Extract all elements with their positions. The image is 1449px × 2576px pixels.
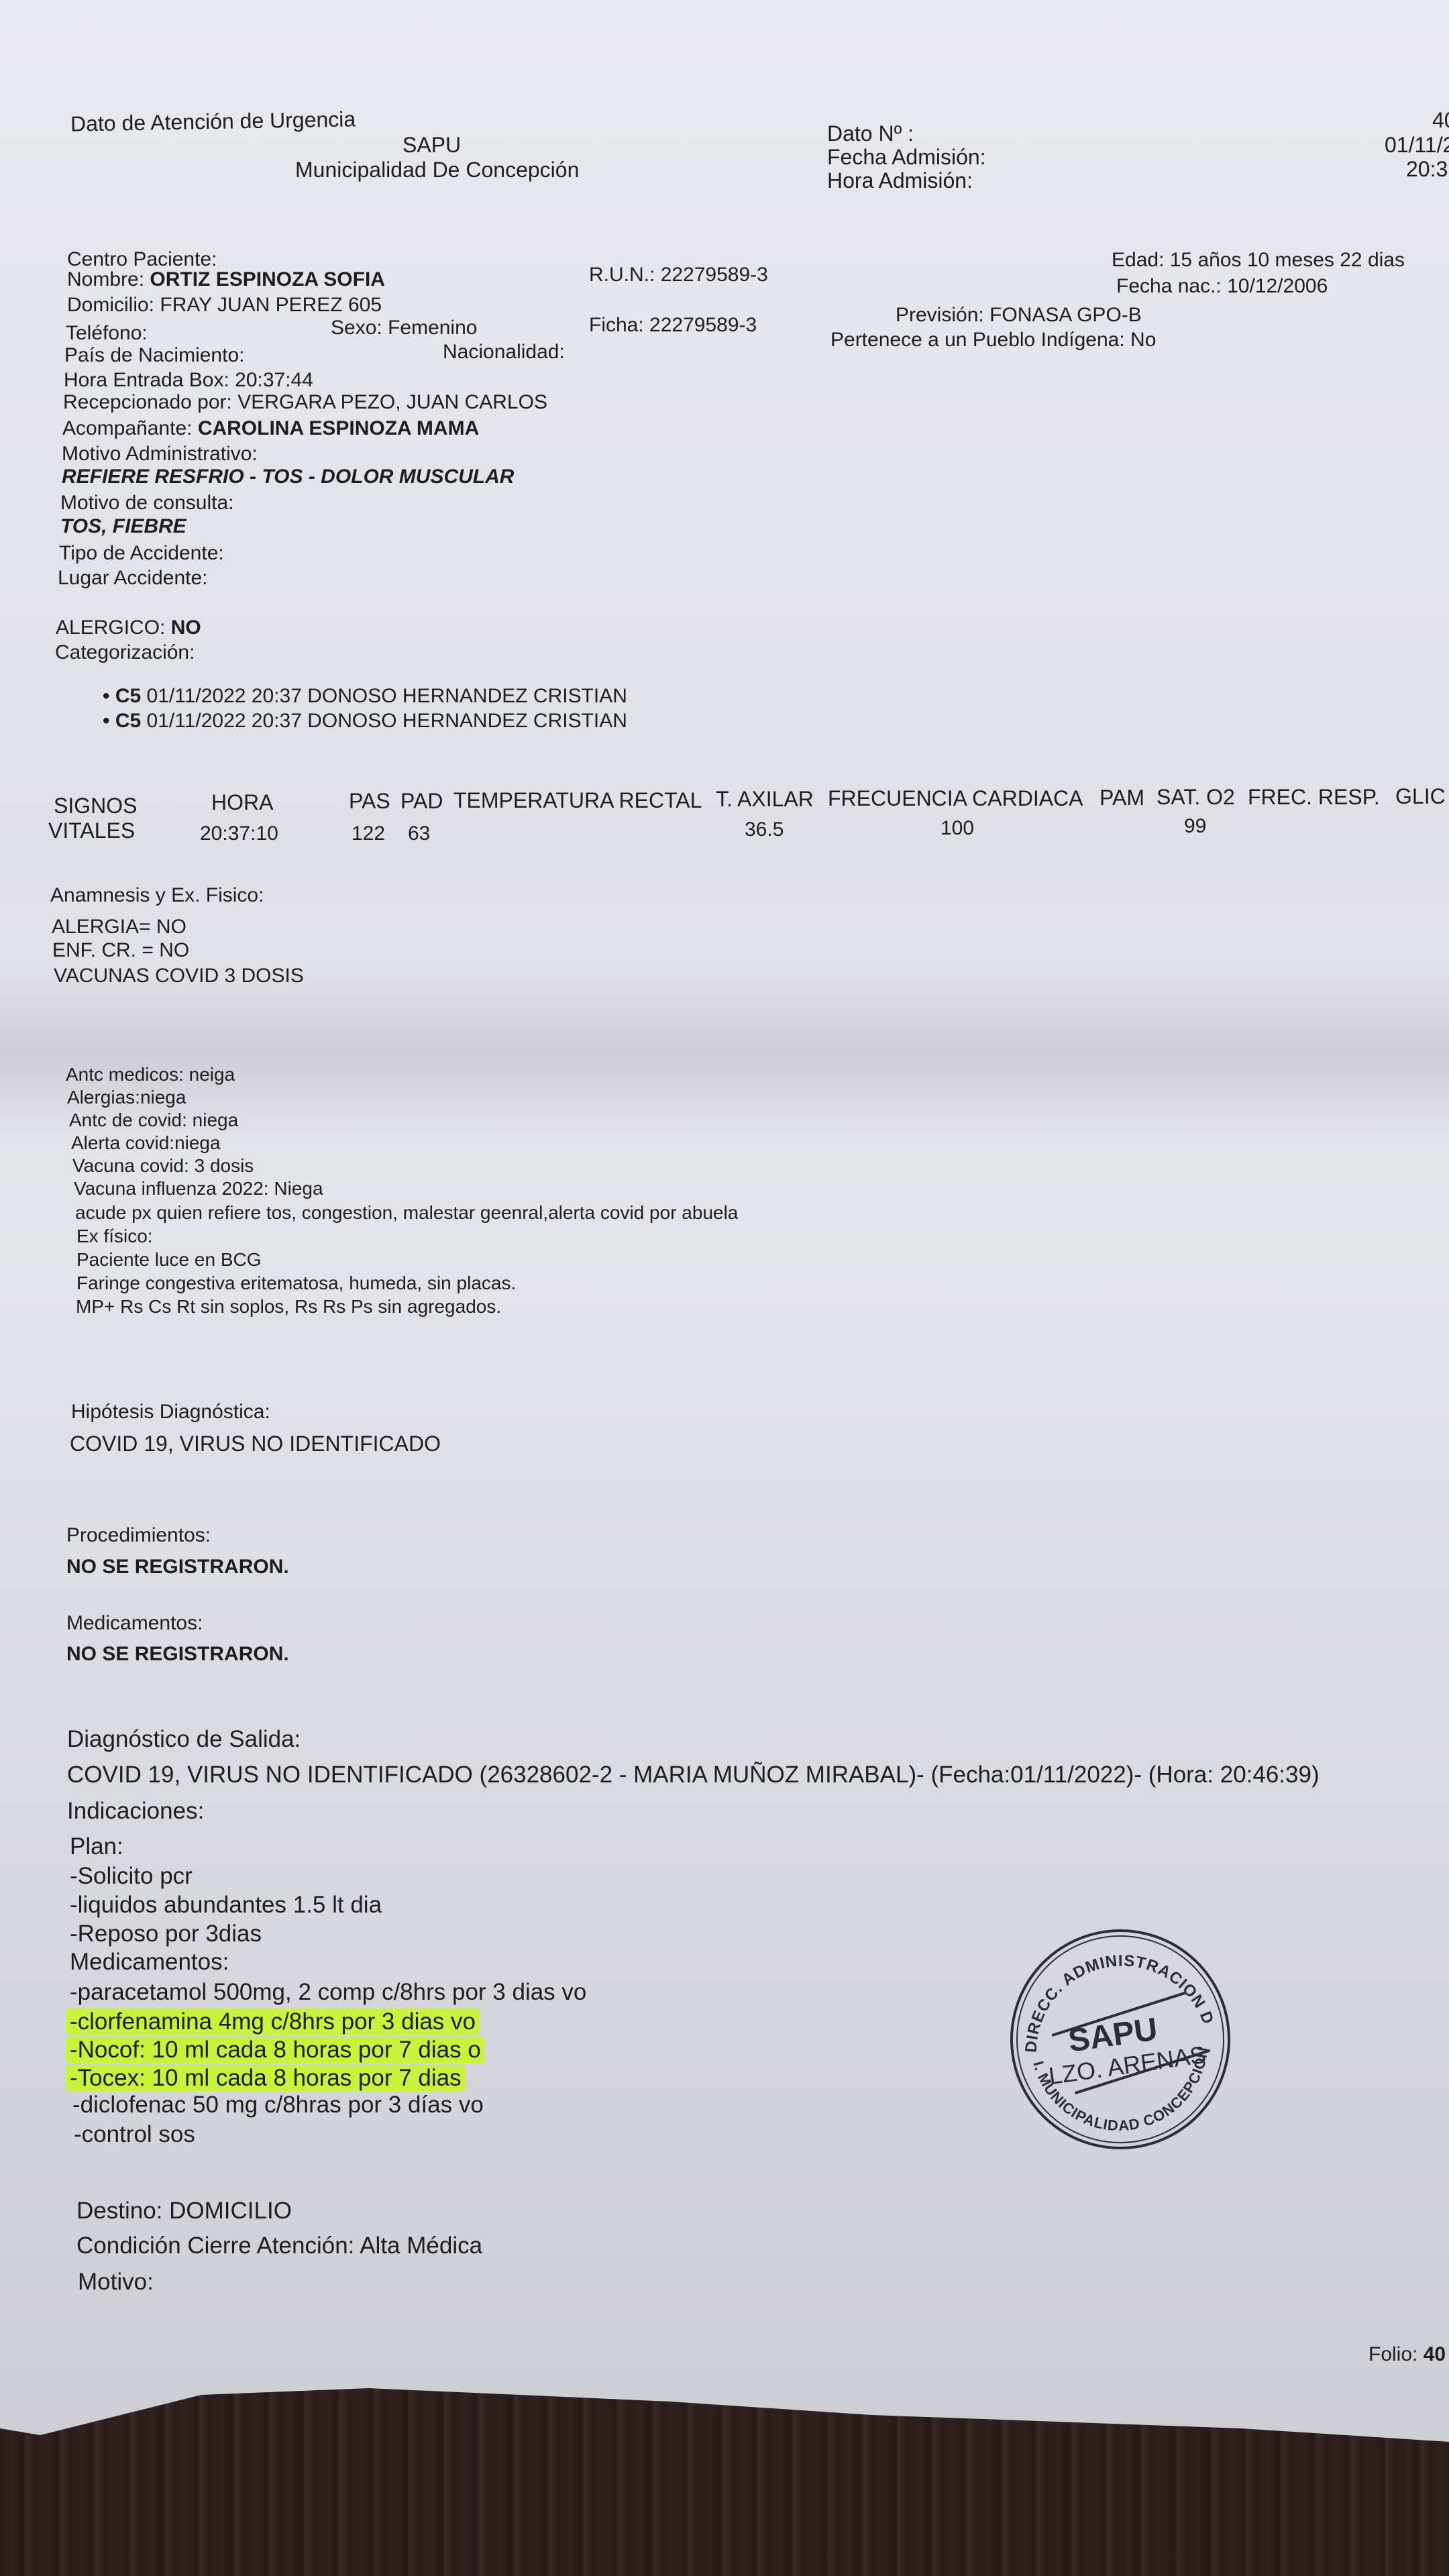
document-page: Dato de Atención de Urgencia SAPU Munici… bbox=[0, 0, 1449, 2442]
categorizacion-code: C5 bbox=[115, 685, 141, 707]
hora-box-field: Hora Entrada Box: 20:37:44 bbox=[64, 370, 313, 390]
note-line: Paciente luce en BCG bbox=[76, 1250, 262, 1269]
plan-item: -liquidos abundantes 1.5 lt dia bbox=[70, 1893, 382, 1917]
org-name: SAPU bbox=[402, 134, 461, 156]
pais-nacimiento-label: País de Nacimiento: bbox=[64, 345, 244, 366]
hipotesis-label: Hipótesis Diagnóstica: bbox=[71, 1402, 270, 1422]
categorizacion-code: C5 bbox=[115, 710, 141, 732]
medication-item-highlighted: -Nocof: 10 ml cada 8 horas por 7 dias o bbox=[66, 2037, 485, 2063]
note-line: Vacuna influenza 2022: Niega bbox=[74, 1179, 323, 1198]
motivo-admin-value: REFIERE RESFRIO - TOS - DOLOR MUSCULAR bbox=[62, 467, 514, 487]
hora-box-label: Hora Entrada Box: bbox=[64, 369, 229, 391]
acompanante-value: CAROLINA ESPINOZA MAMA bbox=[198, 417, 479, 439]
prevision-label: Previsión: bbox=[896, 304, 984, 326]
tipo-accidente-label: Tipo de Accidente: bbox=[59, 543, 224, 563]
domicilio-label: Domicilio: bbox=[67, 294, 154, 316]
domicilio-field: Domicilio: FRAY JUAN PEREZ 605 bbox=[67, 295, 382, 315]
categorizacion-text: 01/11/2022 20:37 DONOSO HERNANDEZ CRISTI… bbox=[147, 685, 627, 707]
nombre-field: Nombre: ORTIZ ESPINOZA SOFIA bbox=[67, 270, 385, 290]
nacionalidad-label: Nacionalidad: bbox=[443, 342, 565, 362]
anamnesis-line: VACUNAS COVID 3 DOSIS bbox=[54, 966, 304, 986]
vitals-pad-value: 63 bbox=[408, 824, 430, 844]
destino-field: Destino: DOMICILIO bbox=[76, 2199, 292, 2222]
condicion-value: Alta Médica bbox=[360, 2233, 482, 2259]
motivo-admin-label: Motivo Administrativo: bbox=[62, 444, 258, 464]
anamnesis-line: ENF. CR. = NO bbox=[52, 941, 189, 961]
alergico-field: ALERGICO: NO bbox=[56, 618, 201, 638]
medicamentos-plan-label: Medicamentos: bbox=[70, 1950, 229, 1974]
categorizacion-text: 01/11/2022 20:37 DONOSO HERNANDEZ CRISTI… bbox=[147, 710, 627, 732]
edad-label: Edad: bbox=[1112, 249, 1164, 271]
vitals-header: PAS bbox=[349, 790, 390, 812]
ficha-label: Ficha: bbox=[589, 314, 644, 336]
telefono-label: Teléfono: bbox=[66, 323, 148, 343]
folio-value: 40 bbox=[1424, 2343, 1446, 2365]
folio-label: Folio: bbox=[1368, 2343, 1417, 2365]
note-line: Alerta covid:niega bbox=[71, 1134, 221, 1152]
recepcionado-field: Recepcionado por: VERGARA PEZO, JUAN CAR… bbox=[63, 392, 547, 413]
alergico-label: ALERGICO: bbox=[56, 616, 165, 639]
procedimientos-label: Procedimientos: bbox=[66, 1525, 211, 1546]
official-stamp: DIRECC. ADMINISTRACION DE SALUD I. MUNIC… bbox=[1006, 1925, 1234, 2153]
note-line: Antc medicos: neiga bbox=[66, 1065, 235, 1084]
lugar-accidente-label: Lugar Accidente: bbox=[58, 568, 208, 588]
plan-item: -Solicito pcr bbox=[70, 1864, 193, 1888]
acompanante-label: Acompañante: bbox=[62, 417, 192, 439]
vitals-header: FREC. RESP. bbox=[1248, 786, 1380, 808]
ficha-value: 22279589-3 bbox=[649, 314, 757, 336]
fecha-nac-field: Fecha nac.: 10/12/2006 bbox=[1116, 276, 1328, 297]
plan-item: -Reposo por 3dias bbox=[70, 1922, 262, 1945]
run-value: 22279589-3 bbox=[661, 264, 768, 286]
fecha-nac-value: 10/12/2006 bbox=[1227, 275, 1328, 297]
dato-value: 40 bbox=[1432, 109, 1449, 131]
fecha-nac-label: Fecha nac.: bbox=[1116, 275, 1222, 297]
indicaciones-label: Indicaciones: bbox=[67, 1799, 204, 1823]
medication-item-highlighted: -Tocex: 10 ml cada 8 horas por 7 dias bbox=[66, 2065, 466, 2091]
domicilio-value: FRAY JUAN PEREZ 605 bbox=[160, 294, 382, 316]
note-line: Ex físico: bbox=[76, 1227, 153, 1246]
note-line: MP+ Rs Cs Rt sin soplos, Rs Rs Ps sin ag… bbox=[76, 1297, 501, 1316]
vitals-header: SAT. O2 bbox=[1157, 786, 1235, 808]
destino-value: DOMICILIO bbox=[169, 2198, 292, 2224]
prevision-value: FONASA GPO-B bbox=[989, 304, 1142, 326]
procedimientos-value: NO SE REGISTRARON. bbox=[66, 1557, 289, 1577]
indigena-label: Pertenece a un Pueblo Indígena: bbox=[830, 329, 1125, 351]
motivo-label: Motivo: bbox=[78, 2270, 154, 2294]
edad-field: Edad: 15 años 10 meses 22 dias bbox=[1112, 250, 1405, 270]
fecha-admision-value: 01/11/2 bbox=[1385, 134, 1449, 156]
destino-label: Destino: bbox=[76, 2198, 162, 2224]
vitals-label-1: SIGNOS bbox=[54, 795, 137, 816]
hora-box-value: 20:37:44 bbox=[235, 369, 313, 391]
hora-admision-label: Hora Admisión: bbox=[827, 170, 973, 191]
vitals-hora-value: 20:37:10 bbox=[200, 824, 278, 844]
vitals-label-2: VITALES bbox=[48, 820, 135, 841]
alergico-value: NO bbox=[171, 616, 201, 639]
nombre-label: Nombre: bbox=[67, 268, 144, 290]
stamp-seal-icon: DIRECC. ADMINISTRACION DE SALUD I. MUNIC… bbox=[1006, 1925, 1234, 2153]
diagnostico-salida-label: Diagnóstico de Salida: bbox=[67, 1727, 301, 1751]
condicion-label: Condición Cierre Atención: bbox=[76, 2233, 354, 2259]
acompanante-field: Acompañante: CAROLINA ESPINOZA MAMA bbox=[62, 419, 479, 439]
document-title: Dato de Atención de Urgencia bbox=[70, 108, 356, 134]
centro-paciente-label: Centro Paciente: bbox=[67, 250, 217, 270]
fecha-admision-label: Fecha Admisión: bbox=[827, 146, 986, 168]
folio-field: Folio: 40 bbox=[1368, 2345, 1446, 2365]
vitals-sat-o2-value: 99 bbox=[1184, 816, 1206, 837]
medicamentos-admin-label: Medicamentos: bbox=[66, 1613, 203, 1633]
org-subtitle: Municipalidad De Concepción bbox=[295, 159, 579, 180]
condicion-field: Condición Cierre Atención: Alta Médica bbox=[76, 2234, 482, 2257]
sexo-label: Sexo: bbox=[331, 317, 382, 339]
vitals-header: TEMPERATURA RECTAL bbox=[453, 790, 702, 811]
nombre-value: ORTIZ ESPINOZA SOFIA bbox=[150, 268, 385, 290]
motivo-consulta-label: Motivo de consulta: bbox=[60, 493, 233, 513]
sexo-field: Sexo: Femenino bbox=[331, 318, 477, 338]
vitals-header: HORA bbox=[211, 792, 273, 813]
medication-item: -paracetamol 500mg, 2 comp c/8hrs por 3 … bbox=[70, 1980, 586, 2004]
recepcionado-value: VERGARA PEZO, JUAN CARLOS bbox=[237, 391, 547, 413]
vitals-header: FRECUENCIA CARDIACA bbox=[828, 788, 1083, 809]
categorizacion-item: C5 01/11/2022 20:37 DONOSO HERNANDEZ CRI… bbox=[103, 711, 627, 731]
medication-item: -control sos bbox=[74, 2123, 195, 2146]
vitals-t-axilar-value: 36.5 bbox=[745, 820, 784, 840]
vitals-header: PAM bbox=[1099, 787, 1144, 808]
hora-admision-value: 20:3 bbox=[1406, 158, 1448, 180]
note-line: Alergias:niega bbox=[67, 1088, 186, 1107]
note-line: Antc de covid: niega bbox=[69, 1111, 238, 1130]
hipotesis-value: COVID 19, VIRUS NO IDENTIFICADO bbox=[70, 1433, 441, 1454]
categorizacion-label: Categorización: bbox=[55, 643, 195, 663]
medicamentos-admin-value: NO SE REGISTRARON. bbox=[66, 1644, 289, 1664]
anamnesis-line: ALERGIA= NO bbox=[52, 917, 186, 937]
note-line: Faringe congestiva eritematosa, humeda, … bbox=[76, 1274, 516, 1293]
recepcionado-label: Recepcionado por: bbox=[63, 391, 232, 413]
medication-item: -diclofenac 50 mg c/8hras por 3 días vo bbox=[72, 2093, 484, 2116]
vitals-header: GLIC bbox=[1395, 786, 1446, 807]
vitals-header: PAD bbox=[400, 790, 443, 812]
categorizacion-item: C5 01/11/2022 20:37 DONOSO HERNANDEZ CRI… bbox=[103, 686, 627, 706]
diagnostico-salida-value: COVID 19, VIRUS NO IDENTIFICADO (2632860… bbox=[67, 1763, 1320, 1786]
anamnesis-label: Anamnesis y Ex. Fisico: bbox=[50, 885, 264, 906]
note-line: acude px quien refiere tos, congestion, … bbox=[75, 1203, 738, 1222]
run-label: R.U.N.: bbox=[589, 264, 655, 286]
sexo-value: Femenino bbox=[388, 317, 477, 339]
edad-value: 15 años 10 meses 22 dias bbox=[1170, 249, 1405, 271]
ficha-field: Ficha: 22279589-3 bbox=[589, 315, 757, 335]
dato-label: Dato Nº : bbox=[827, 123, 914, 144]
note-line: Vacuna covid: 3 dosis bbox=[72, 1157, 254, 1175]
medication-item-highlighted: -clorfenamina 4mg c/8hrs por 3 dias vo bbox=[66, 2008, 480, 2035]
plan-label: Plan: bbox=[70, 1835, 123, 1858]
vitals-fc-value: 100 bbox=[941, 818, 974, 839]
run-field: R.U.N.: 22279589-3 bbox=[589, 265, 768, 285]
indigena-field: Pertenece a un Pueblo Indígena: No bbox=[830, 330, 1156, 350]
vitals-pas-value: 122 bbox=[352, 824, 385, 844]
indigena-value: No bbox=[1130, 329, 1156, 351]
motivo-consulta-value: TOS, FIEBRE bbox=[60, 517, 186, 537]
vitals-header: T. AXILAR bbox=[716, 788, 814, 810]
prevision-field: Previsión: FONASA GPO-B bbox=[896, 305, 1142, 325]
